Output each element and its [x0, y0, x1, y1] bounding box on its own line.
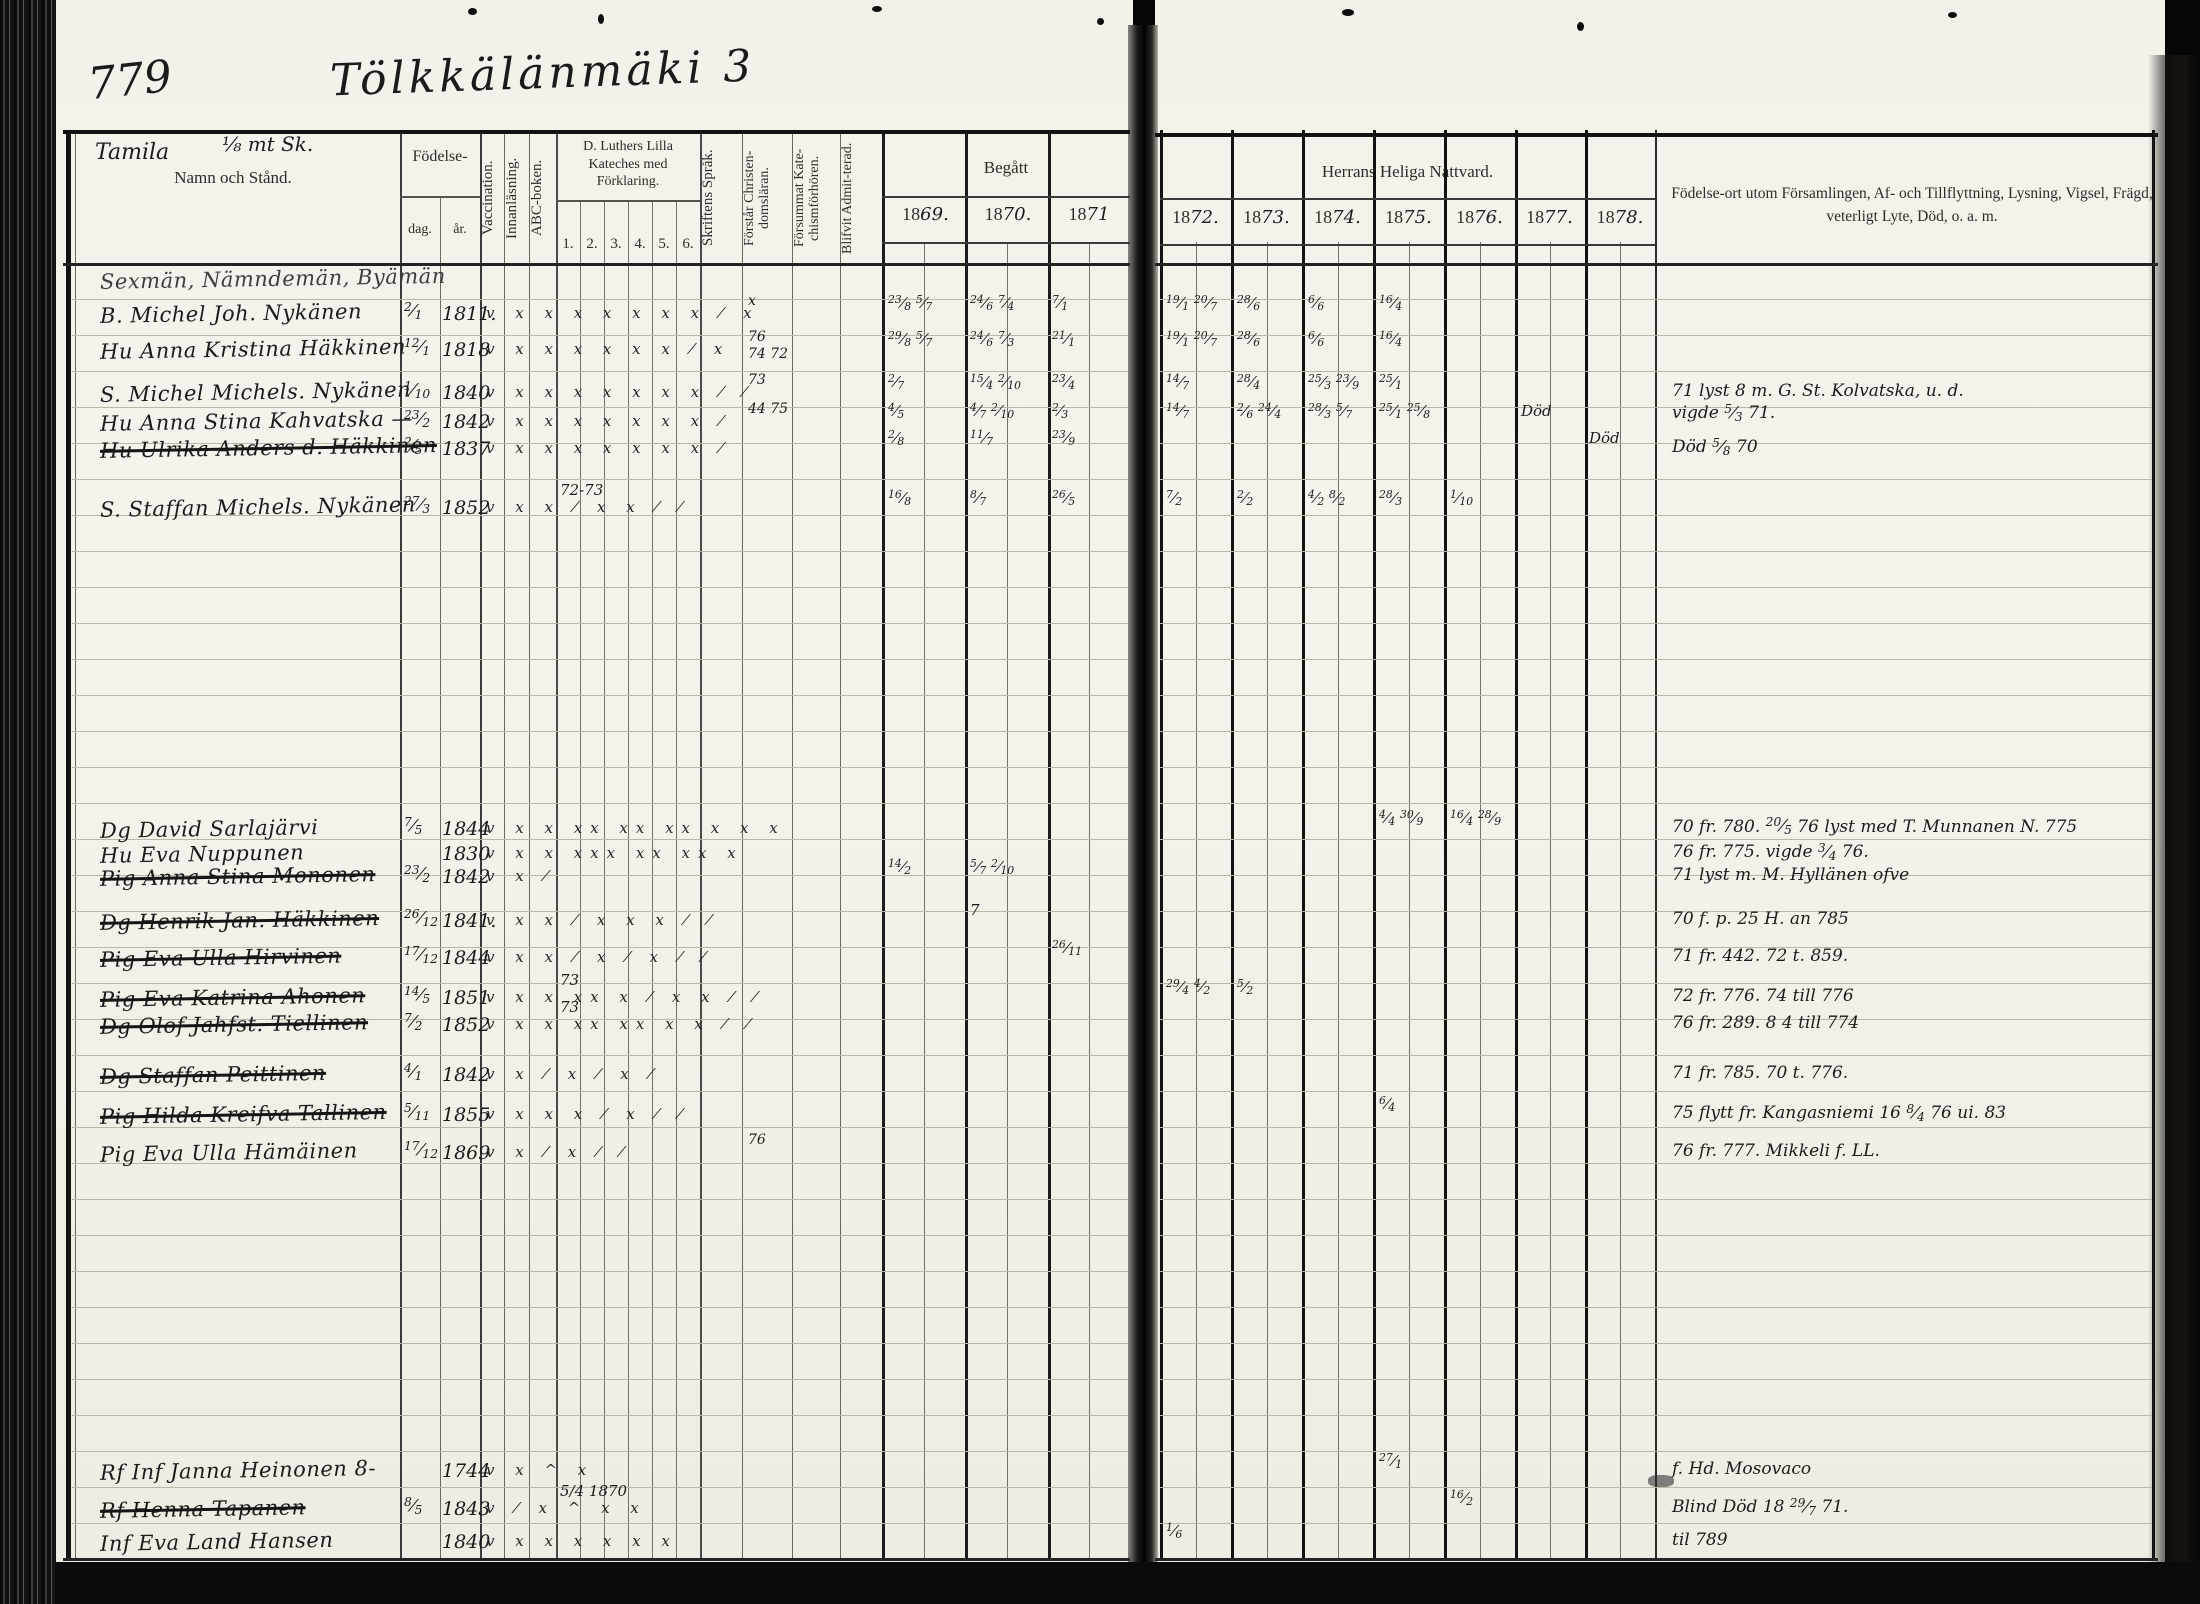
body-ruled-line — [72, 1307, 1128, 1308]
row-understands-note: 44 75 — [748, 401, 808, 418]
grid-horizontal-line — [400, 196, 480, 198]
body-ruled-line — [72, 1415, 1128, 1416]
body-ruled-line — [72, 587, 1128, 588]
row-margin-note: 76 fr. 775. vigde 3⁄4 76. — [1672, 841, 2150, 863]
grid-vertical-line — [1267, 242, 1268, 1560]
year-label-handwritten-suffix: 69. — [920, 204, 949, 225]
row-communion-date: 25⁄1 25⁄8 — [1379, 403, 1459, 421]
row-communion-date: Död — [1589, 430, 1669, 447]
row-examination-marks: v x ⁄ x ⁄ ⁄ — [486, 1143, 702, 1161]
body-ruled-line — [1160, 1343, 2152, 1344]
row-margin-note: til 789 — [1672, 1529, 2150, 1551]
year-label-handwritten-suffix: 77. — [1544, 207, 1573, 228]
grid-horizontal-line — [1155, 1558, 2158, 1561]
body-ruled-line — [1160, 623, 2152, 624]
row-name: Pig Eva Ulla Hirvinen — [100, 943, 430, 973]
row-examination-marks: v x x xx xx xx x x x — [486, 819, 702, 837]
row-communion-date: 2⁄7 — [888, 374, 968, 392]
grid-vertical-line — [1515, 130, 1518, 1560]
row-birth-day: 23⁄2 — [404, 409, 440, 430]
row-communion-date: 8⁄7 — [970, 489, 1050, 507]
body-ruled-line — [72, 479, 1128, 480]
year-label-printed-prefix: 18 — [1243, 207, 1261, 227]
row-catechism-note: 5/4 1870 — [560, 1482, 710, 1500]
row-communion-date: 28⁄3 — [1379, 489, 1459, 507]
row-name: Hu Anna Stina Kahvatska — — [100, 406, 430, 436]
row-margin-note: 71 fr. 785. 70 t. 776. — [1672, 1062, 2150, 1084]
scanned-parish-register-spread: 779 Tölkkälänmäki 3 Tamila ⅛ mt Sk. Namn… — [0, 0, 2200, 1604]
row-communion-date: 14⁄2 — [888, 858, 968, 876]
row-name: Hu Ulrika Anders d. Häkkinen — [100, 433, 430, 463]
grid-vertical-line — [1338, 242, 1339, 1560]
grid-horizontal-line — [882, 196, 1130, 198]
grid-vertical-line — [840, 130, 841, 1560]
row-birth-day: 8⁄5 — [404, 1496, 440, 1517]
year-label-printed-prefix: 18 — [902, 204, 920, 224]
body-ruled-line — [72, 623, 1128, 624]
grid-vertical-line — [882, 130, 885, 1560]
grid-vertical-line — [75, 130, 76, 1560]
row-communion-date: 6⁄6 — [1308, 331, 1388, 349]
row-understands-note: 76 — [748, 1132, 808, 1149]
row-name: Hu Anna Kristina Häkkinen — [100, 334, 430, 364]
body-ruled-line — [72, 1199, 1128, 1200]
row-birth-day: 23⁄2 — [404, 864, 440, 885]
row-communion-date: 2⁄3 — [1052, 403, 1132, 421]
row-name: Dg Olof Jahfst. Tiellinen — [100, 1009, 430, 1039]
body-ruled-line — [1160, 1127, 2152, 1128]
year-label: 1873. — [1233, 207, 1300, 228]
body-ruled-line — [1160, 1055, 2152, 1056]
row-communion-date: 7⁄2 — [1166, 489, 1246, 507]
year-label-handwritten-suffix: 74. — [1332, 207, 1361, 228]
row-birth-day: 5⁄11 — [404, 1102, 440, 1123]
row-communion-date: 29⁄8 5⁄7 — [888, 331, 968, 349]
row-communion-date: 1⁄6 — [1166, 1523, 1246, 1541]
body-ruled-line — [1160, 515, 2152, 516]
row-communion-date: 16⁄2 — [1450, 1490, 1530, 1508]
grid-horizontal-line — [1155, 263, 2158, 266]
body-ruled-line — [72, 1091, 1128, 1092]
row-communion-date: 14⁄7 — [1166, 403, 1246, 421]
row-margin-note: 70 fr. 780. 20⁄5 76 lyst med T. Munnanen… — [1672, 816, 2150, 838]
row-communion-date: 7⁄1 — [1052, 295, 1132, 313]
row-name: Inf Eva Land Hansen — [100, 1526, 430, 1556]
row-birth-year: 1818 — [442, 339, 484, 361]
body-ruled-line — [1160, 1199, 2152, 1200]
row-communion-date: 19⁄1 20⁄7 — [1166, 331, 1246, 349]
row-communion-date: 6⁄4 — [1379, 1096, 1459, 1114]
row-catechism-note: 72-73 — [560, 481, 710, 499]
year-label: 1876. — [1446, 207, 1513, 228]
row-birth-day: 4⁄1 — [404, 1062, 440, 1083]
body-ruled-line — [1160, 839, 2152, 840]
row-birth-day: 1⁄10 — [404, 380, 440, 401]
row-name: S. Staffan Michels. Nykänen — [100, 493, 430, 523]
row-name: Pig Eva Katrina Ahonen — [100, 982, 430, 1012]
row-communion-date: 25⁄3 23⁄9 — [1308, 374, 1388, 392]
row-margin-note: 75 flytt fr. Kangasniemi 16 8⁄4 76 ui. 8… — [1672, 1102, 2150, 1124]
row-communion-date: 2⁄2 — [1237, 489, 1317, 507]
year-label-handwritten-suffix: 70. — [1003, 204, 1032, 225]
catechism-subcol-number: 5. — [652, 236, 676, 253]
row-examination-marks: v x x x x x x — [486, 1532, 702, 1550]
grid-horizontal-line — [556, 200, 700, 202]
row-birth-day: 7⁄5 — [404, 816, 440, 837]
row-margin-note: Död 5⁄8 70 — [1672, 436, 2150, 458]
body-ruled-line — [1160, 1235, 2152, 1236]
body-ruled-line — [72, 803, 1128, 804]
grid-vertical-line — [440, 196, 441, 1560]
grid-vertical-line — [66, 130, 71, 1560]
year-label-handwritten-suffix: 71 — [1087, 204, 1110, 225]
grid-vertical-line — [2152, 130, 2155, 1560]
grid-horizontal-line — [63, 263, 1130, 266]
row-margin-note: 70 f. p. 25 H. an 785 — [1672, 908, 2150, 930]
row-communion-date: 2⁄8 — [888, 430, 968, 448]
row-birth-day: 17⁄12 — [404, 1140, 440, 1161]
row-birth-year: 1843 — [442, 1498, 484, 1520]
row-margin-note: 71 lyst m. M. Hyllänen ofve — [1672, 864, 2150, 886]
row-understands-note: 73 — [748, 372, 808, 389]
row-birth-year: 1840 — [442, 382, 484, 404]
row-communion-date: 15⁄4 2⁄10 — [970, 374, 1050, 392]
row-examination-marks: v x x xx xx x x ⁄ ⁄ — [486, 1015, 702, 1033]
year-label-handwritten-suffix: 72. — [1190, 207, 1219, 228]
body-ruled-line — [1160, 587, 2152, 588]
row-name: Rf Inf Janna Heinonen 8- — [100, 1456, 430, 1486]
row-birth-year: 1842 — [442, 1064, 484, 1086]
row-birth-year: 1842 — [442, 866, 484, 888]
body-ruled-line — [1160, 479, 2152, 480]
year-label-printed-prefix: 18 — [1172, 207, 1190, 227]
row-birth-day: 14⁄5 — [404, 985, 440, 1006]
grid-horizontal-line — [63, 1558, 1130, 1561]
year-label: 1869. — [886, 204, 965, 225]
year-label-printed-prefix: 18 — [1069, 204, 1087, 224]
row-name: Dg Staffan Peittinen — [100, 1060, 430, 1090]
row-examination-marks: v ⁄ x ^ x x — [486, 1499, 702, 1517]
row-examination-marks: v x x x x x x x ⁄ — [486, 412, 702, 430]
body-ruled-line — [1160, 1091, 2152, 1092]
year-label-printed-prefix: 18 — [1456, 207, 1474, 227]
body-ruled-line — [1160, 803, 2152, 804]
row-birth-year: 1855 — [442, 1104, 484, 1126]
year-label-printed-prefix: 18 — [1526, 207, 1544, 227]
row-name: B. Michel Joh. Nykänen — [100, 298, 430, 328]
row-examination-marks: v x x ⁄ x x x ⁄ ⁄ — [486, 911, 702, 929]
year-label: 1871 — [1050, 204, 1128, 225]
year-label-printed-prefix: 18 — [1597, 207, 1615, 227]
row-communion-date: 23⁄4 — [1052, 374, 1132, 392]
year-label-printed-prefix: 18 — [1385, 207, 1403, 227]
body-ruled-line — [1160, 1415, 2152, 1416]
row-communion-date: 16⁄4 28⁄9 — [1450, 810, 1530, 828]
year-label: 1877. — [1516, 207, 1583, 228]
row-birth-year: 1844 — [442, 947, 484, 969]
body-ruled-line — [1160, 1523, 2152, 1524]
row-margin-note: 71 lyst 8 m. G. St. Kolvatska, u. d. vig… — [1672, 380, 2150, 424]
row-name: S. Michel Michels. Nykänen — [100, 377, 430, 407]
body-ruled-line — [72, 1379, 1128, 1380]
row-understands-note: x — [748, 293, 808, 310]
year-label-handwritten-suffix: 76. — [1474, 207, 1503, 228]
row-name: Pig Hilda Kreifva Tallinen — [100, 1099, 430, 1129]
body-ruled-line — [72, 1523, 1128, 1524]
row-examination-marks: v x ⁄ — [486, 867, 702, 885]
row-communion-date: 24⁄6 7⁄4 — [970, 295, 1050, 313]
row-communion-date: 29⁄4 4⁄2 — [1166, 979, 1246, 997]
grid-vertical-line — [1655, 130, 1657, 1560]
body-ruled-line — [72, 1055, 1128, 1056]
catechism-subcol-number: 6. — [676, 236, 700, 253]
row-birth-year: 1811. — [442, 303, 484, 325]
row-communion-date: 26⁄11 — [1052, 939, 1132, 957]
body-ruled-line — [1160, 1487, 2152, 1488]
body-ruled-line — [1160, 659, 2152, 660]
year-label: 1874. — [1304, 207, 1371, 228]
row-birth-day: 17⁄12 — [404, 945, 440, 966]
row-birth-year: 1851 — [442, 987, 484, 1009]
body-ruled-line — [1160, 1451, 2152, 1452]
catechism-subcol-number: 2. — [580, 236, 604, 253]
row-communion-date: 16⁄4 — [1379, 295, 1459, 313]
row-communion-date: 28⁄6 — [1237, 331, 1317, 349]
row-birth-year: 1842 — [442, 411, 484, 433]
body-ruled-line — [72, 1235, 1128, 1236]
catechism-subcol-number: 4. — [628, 236, 652, 253]
row-margin-note: 76 fr. 777. Mikkeli f. LL. — [1672, 1140, 2150, 1162]
grid-horizontal-line — [1160, 244, 1655, 246]
body-ruled-line — [1160, 731, 2152, 732]
grid-vertical-line — [1160, 130, 1163, 1560]
body-ruled-line — [1160, 1163, 2152, 1164]
row-communion-date: 2⁄6 24⁄4 — [1237, 403, 1317, 421]
row-birth-year: 1840 — [442, 1531, 484, 1553]
row-examination-marks: v x ⁄ x ⁄ x ⁄ — [486, 1065, 702, 1083]
row-communion-date: 25⁄1 — [1379, 374, 1459, 392]
row-margin-note: f. Hd. Mosovaco — [1672, 1458, 2150, 1480]
row-communion-date: 27⁄1 — [1379, 1452, 1459, 1470]
year-label: 1875. — [1375, 207, 1442, 228]
row-birth-day: 7⁄2 — [404, 1012, 440, 1033]
row-communion-date: 5⁄2 — [1237, 979, 1317, 997]
catechism-subcol-number: 3. — [604, 236, 628, 253]
row-communion-date: 16⁄8 — [888, 489, 968, 507]
grid-horizontal-line — [63, 130, 1130, 134]
year-label-handwritten-suffix: 73. — [1261, 207, 1290, 228]
row-margin-note: 72 fr. 776. 74 till 776 — [1672, 985, 2150, 1007]
row-birth-year: 1841. — [442, 910, 484, 932]
row-communion-date: 6⁄6 — [1308, 295, 1388, 313]
row-birth-year: 1852 — [442, 1014, 484, 1036]
grid-horizontal-line — [1160, 198, 1655, 200]
body-ruled-line — [1160, 551, 2152, 552]
row-communion-date: 23⁄8 5⁄7 — [888, 295, 968, 313]
row-margin-note: 71 fr. 442. 72 t. 859. — [1672, 945, 2150, 967]
body-ruled-line — [72, 767, 1128, 768]
row-birth-day: 26⁄12 — [404, 908, 440, 929]
row-examination-marks: v x x x x x x x ⁄ ⁄ — [486, 383, 702, 401]
body-ruled-line — [1160, 695, 2152, 696]
row-communion-date: 16⁄4 — [1379, 331, 1459, 349]
row-communion-date: 7 — [970, 902, 1050, 919]
row-communion-date: 28⁄3 5⁄7 — [1308, 403, 1388, 421]
row-birth-day: 2⁄5 — [404, 436, 440, 457]
row-communion-date: 28⁄6 — [1237, 295, 1317, 313]
row-examination-marks: v x ^ x — [486, 1461, 702, 1479]
row-communion-date: 28⁄4 — [1237, 374, 1317, 392]
grid-vertical-line — [1480, 242, 1481, 1560]
grid-vertical-line — [1585, 130, 1588, 1560]
row-communion-date: 19⁄1 20⁄7 — [1166, 295, 1246, 313]
row-communion-date: 1⁄10 — [1450, 489, 1530, 507]
row-examination-marks: v x x x x x x x ⁄ — [486, 439, 702, 457]
body-ruled-line — [72, 1127, 1128, 1128]
grid-horizontal-line — [882, 242, 1130, 244]
year-label-printed-prefix: 18 — [1314, 207, 1332, 227]
row-name: Dg Henrik Jan. Häkkinen — [100, 905, 430, 935]
row-examination-marks: v x x x ⁄ x ⁄ ⁄ — [486, 1105, 702, 1123]
year-label-printed-prefix: 18 — [985, 204, 1003, 224]
grid-vertical-line — [1409, 242, 1410, 1560]
year-label: 1870. — [968, 204, 1048, 225]
row-communion-date: 24⁄6 7⁄3 — [970, 331, 1050, 349]
body-ruled-line — [72, 731, 1128, 732]
row-examination-marks: v x x x x x x ⁄ x — [486, 340, 702, 358]
body-ruled-line — [72, 659, 1128, 660]
body-ruled-line — [72, 1343, 1128, 1344]
row-communion-date: 23⁄9 — [1052, 430, 1132, 448]
row-communion-date: 21⁄1 — [1052, 331, 1132, 349]
row-margin-note: Blind Död 18 29⁄7 71. — [1672, 1496, 2150, 1518]
body-ruled-line — [72, 695, 1128, 696]
row-catechism-note: 73 — [560, 998, 710, 1016]
row-birth-year: 1844 — [442, 818, 484, 840]
row-communion-date: 4⁄5 — [888, 403, 968, 421]
grid-vertical-line — [1550, 242, 1551, 1560]
body-ruled-line — [72, 1271, 1128, 1272]
row-communion-date: 4⁄7 2⁄10 — [970, 403, 1050, 421]
row-birth-year: 1744 — [442, 1460, 484, 1482]
row-birth-year: 1837 — [442, 438, 484, 460]
body-ruled-line — [1160, 1271, 2152, 1272]
row-examination-marks: v x x x x x x x ⁄ x — [486, 304, 702, 322]
body-ruled-line — [1160, 767, 2152, 768]
grid-horizontal-line — [1155, 133, 2158, 137]
row-examination-marks: v x x ⁄ x x ⁄ ⁄ — [486, 498, 702, 516]
body-ruled-line — [1160, 1379, 2152, 1380]
row-understands-note: 76 74 72 — [748, 329, 808, 363]
row-communion-date: 4⁄4 30⁄9 — [1379, 810, 1459, 828]
row-communion-date: 4⁄2 8⁄2 — [1308, 489, 1388, 507]
body-ruled-line — [72, 1451, 1128, 1452]
row-communion-date: 26⁄5 — [1052, 489, 1132, 507]
row-birth-day: 2⁄1 — [404, 301, 440, 322]
row-name: Pig Anna Stina Mononen — [100, 862, 430, 892]
row-examination-marks: v x x ⁄ x ⁄ x ⁄ ⁄ — [486, 948, 702, 966]
row-communion-date: Död — [1521, 403, 1601, 420]
row-birth-year: 1852 — [442, 497, 484, 519]
table-body-layer: 1.2.3.4.5.6.1869.1870.18711872.1873.1874… — [0, 0, 2200, 1604]
row-birth-day: 27⁄3 — [404, 495, 440, 516]
row-margin-note: 76 fr. 289. 8 4 till 774 — [1672, 1012, 2150, 1034]
row-examination-marks: v x x xxx xx xx x — [486, 844, 702, 862]
body-ruled-line — [1160, 1307, 2152, 1308]
year-label: 1872. — [1162, 207, 1229, 228]
row-name: Rf Henna Tapanen — [100, 1493, 430, 1523]
row-communion-date: 14⁄7 — [1166, 374, 1246, 392]
catechism-subcol-number: 1. — [556, 236, 580, 253]
row-birth-year: 1869 — [442, 1142, 484, 1164]
row-birth-year: 1830 — [442, 843, 484, 865]
year-label-handwritten-suffix: 78. — [1615, 207, 1644, 228]
row-communion-date: 11⁄7 — [970, 430, 1050, 448]
body-ruled-line — [72, 551, 1128, 552]
row-catechism-note: 73 — [560, 971, 710, 989]
row-communion-date: 5⁄7 2⁄10 — [970, 858, 1050, 876]
row-name: Sexmän, Nämndemän, Byämän — [100, 264, 430, 294]
row-birth-day: 12⁄1 — [404, 337, 440, 358]
year-label: 1878. — [1587, 207, 1653, 228]
grid-vertical-line — [1196, 242, 1197, 1560]
year-label-handwritten-suffix: 75. — [1403, 207, 1432, 228]
